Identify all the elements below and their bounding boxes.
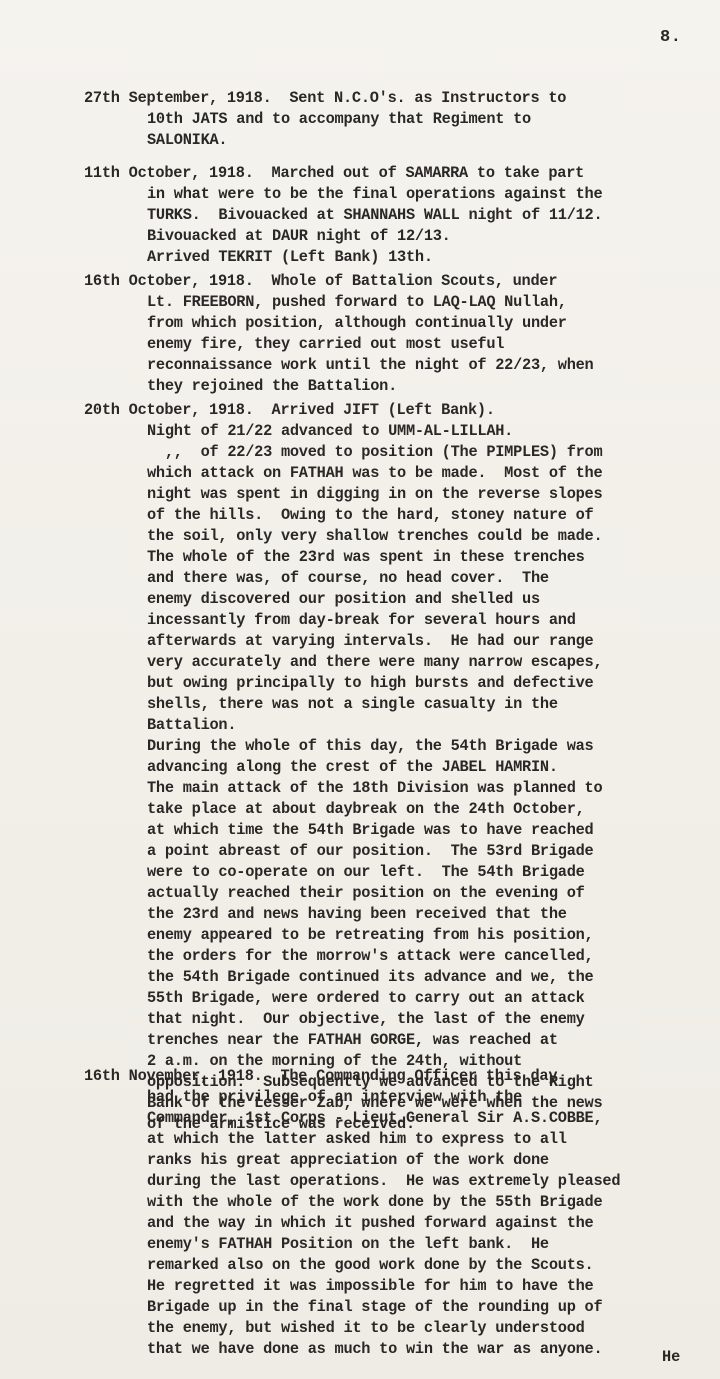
- diary-entry-16-november: 16th November, 1918. The Commanding Offi…: [84, 1066, 720, 1360]
- entry-line: reconnaissance work until the night of 2…: [84, 355, 720, 376]
- entry-line: trenches near the FATHAH GORGE, was reac…: [84, 1030, 720, 1051]
- entry-line: night was spent in digging in on the rev…: [84, 484, 720, 505]
- catchword: He: [662, 1348, 680, 1366]
- entry-line: very accurately and there were many narr…: [84, 652, 720, 673]
- document-page: 8. 27th September, 1918. Sent N.C.O's. a…: [0, 0, 720, 1379]
- entry-line: they rejoined the Battalion.: [84, 376, 720, 397]
- entry-line: at which time the 54th Brigade was to ha…: [84, 820, 720, 841]
- entry-line: The whole of the 23rd was spent in these…: [84, 547, 720, 568]
- entry-line: were to co-operate on our left. The 54th…: [84, 862, 720, 883]
- entry-line: that night. Our objective, the last of t…: [84, 1009, 720, 1030]
- diary-entry-27-september: 27th September, 1918. Sent N.C.O's. as I…: [84, 88, 720, 151]
- entry-line: enemy discovered our position and shelle…: [84, 589, 720, 610]
- entry-line: ranks his great appreciation of the work…: [84, 1150, 720, 1171]
- entry-line: The main attack of the 18th Division was…: [84, 778, 720, 799]
- entry-line: advancing along the crest of the JABEL H…: [84, 757, 720, 778]
- page-number: 8.: [660, 28, 681, 47]
- diary-entry-16-october: 16th October, 1918. Whole of Battalion S…: [84, 271, 720, 397]
- entry-line: remarked also on the good work done by t…: [84, 1255, 720, 1276]
- entry-line: incessantly from day-break for several h…: [84, 610, 720, 631]
- entry-line: SALONIKA.: [84, 130, 720, 151]
- entry-line: Brigade up in the final stage of the rou…: [84, 1297, 720, 1318]
- entry-line: had the privilege of an interview with t…: [84, 1087, 720, 1108]
- entry-line: Bivouacked at DAUR night of 12/13.: [84, 226, 720, 247]
- entry-line: the 54th Brigade continued its advance a…: [84, 967, 720, 988]
- entry-line: Battalion.: [84, 715, 720, 736]
- diary-entry-11-october: 11th October, 1918. Marched out of SAMAR…: [84, 163, 720, 268]
- entry-line: but owing principally to high bursts and…: [84, 673, 720, 694]
- entry-line: actually reached their position on the e…: [84, 883, 720, 904]
- entry-line: during the last operations. He was extre…: [84, 1171, 720, 1192]
- entry-line: During the whole of this day, the 54th B…: [84, 736, 720, 757]
- entry-line: ,, of 22/23 moved to position (The PIMPL…: [84, 442, 720, 463]
- entry-line: afterwards at varying intervals. He had …: [84, 631, 720, 652]
- entry-line: with the whole of the work done by the 5…: [84, 1192, 720, 1213]
- entry-line: 20th October, 1918. Arrived JIFT (Left B…: [84, 400, 720, 421]
- entry-line: Arrived TEKRIT (Left Bank) 13th.: [84, 247, 720, 268]
- entry-line: shells, there was not a single casualty …: [84, 694, 720, 715]
- entry-line: the soil, only very shallow trenches cou…: [84, 526, 720, 547]
- entry-line: which attack on FATHAH was to be made. M…: [84, 463, 720, 484]
- entry-line: the 23rd and news having been received t…: [84, 904, 720, 925]
- entry-line: enemy's FATHAH Position on the left bank…: [84, 1234, 720, 1255]
- entry-line: that we have done as much to win the war…: [84, 1339, 720, 1360]
- entry-line: 16th October, 1918. Whole of Battalion S…: [84, 271, 720, 292]
- entry-line: He regretted it was impossible for him t…: [84, 1276, 720, 1297]
- entry-line: 10th JATS and to accompany that Regiment…: [84, 109, 720, 130]
- entry-line: at which the latter asked him to express…: [84, 1129, 720, 1150]
- entry-line: TURKS. Bivouacked at SHANNAHS WALL night…: [84, 205, 720, 226]
- diary-entry-20-october: 20th October, 1918. Arrived JIFT (Left B…: [84, 400, 720, 1135]
- entry-line: and there was, of course, no head cover.…: [84, 568, 720, 589]
- entry-line: from which position, although continuall…: [84, 313, 720, 334]
- entry-line: the enemy, but wished it to be clearly u…: [84, 1318, 720, 1339]
- entry-line: of the hills. Owing to the hard, stoney …: [84, 505, 720, 526]
- entry-line: enemy fire, they carried out most useful: [84, 334, 720, 355]
- entry-line: enemy appeared to be retreating from his…: [84, 925, 720, 946]
- entry-line: a point abreast of our position. The 53r…: [84, 841, 720, 862]
- entry-line: Commander, 1st Corps - Lieut.General Sir…: [84, 1108, 720, 1129]
- entry-line: 27th September, 1918. Sent N.C.O's. as I…: [84, 88, 720, 109]
- entry-line: 16th November, 1918. The Commanding Offi…: [84, 1066, 720, 1087]
- entry-line: the orders for the morrow's attack were …: [84, 946, 720, 967]
- entry-line: Lt. FREEBORN, pushed forward to LAQ-LAQ …: [84, 292, 720, 313]
- entry-line: 55th Brigade, were ordered to carry out …: [84, 988, 720, 1009]
- entry-line: Night of 21/22 advanced to UMM-AL-LILLAH…: [84, 421, 720, 442]
- entry-line: take place at about daybreak on the 24th…: [84, 799, 720, 820]
- entry-line: and the way in which it pushed forward a…: [84, 1213, 720, 1234]
- entry-line: 11th October, 1918. Marched out of SAMAR…: [84, 163, 720, 184]
- entry-line: in what were to be the final operations …: [84, 184, 720, 205]
